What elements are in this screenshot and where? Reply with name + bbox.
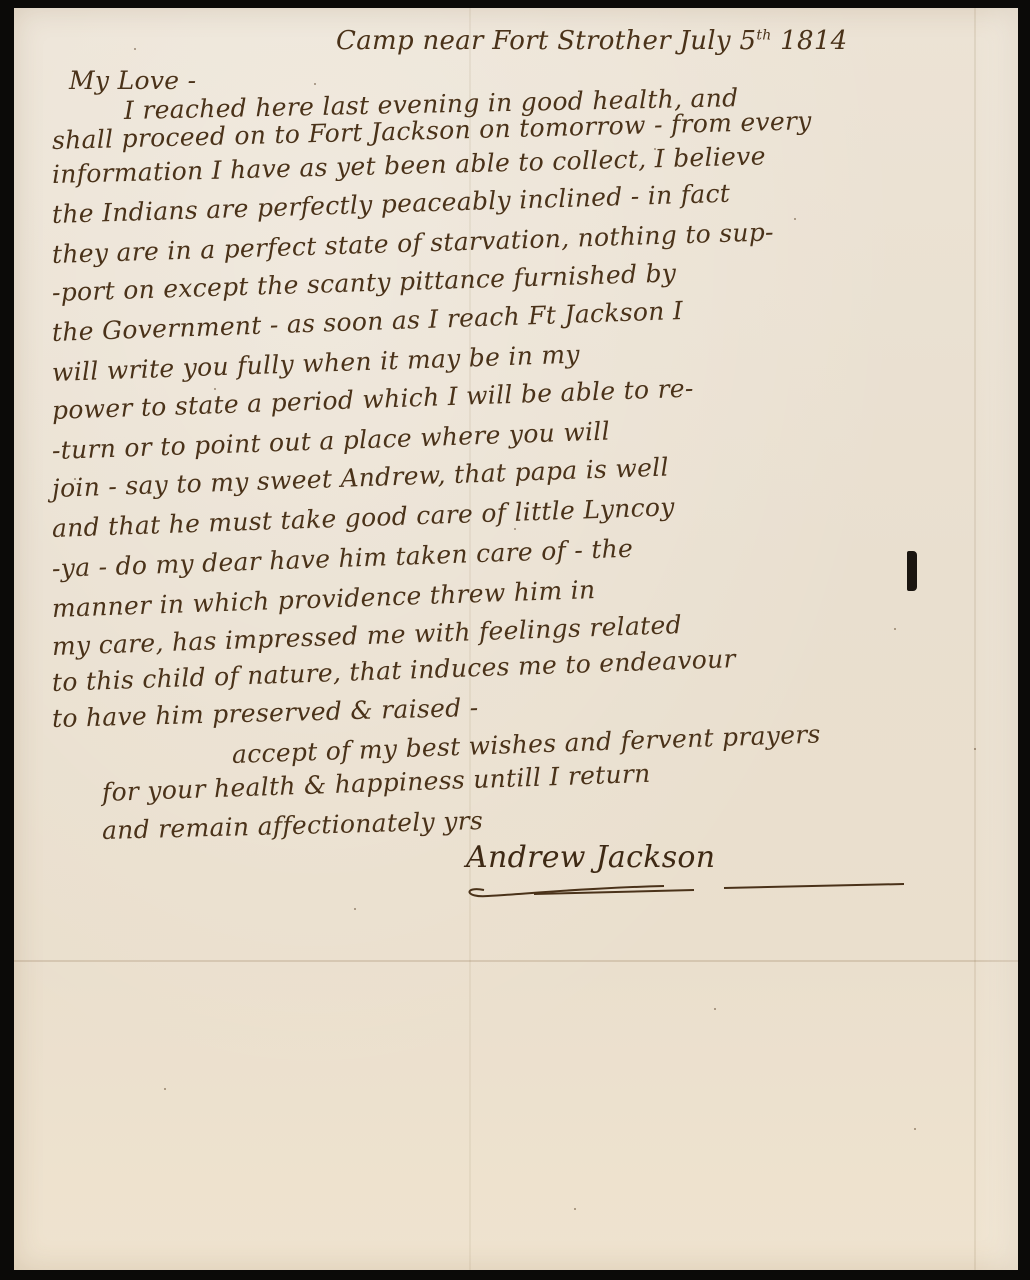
salutation: My Love - — [69, 66, 196, 95]
letter-line: for your health & happiness untill I ret… — [101, 759, 651, 807]
letter-line: and remain affectionately yrs — [102, 806, 484, 845]
dateline: Camp near Fort Strother July 5th 1814 — [336, 26, 848, 56]
dateline-date: July 5 — [680, 26, 757, 56]
signature: Andrew Jackson — [466, 840, 715, 875]
letter-paper: Camp near Fort Strother July 5th 1814 My… — [14, 8, 1018, 1270]
dateline-date-suffix: th — [756, 27, 771, 43]
letter-line: -ya - do my dear have him taken care of … — [51, 534, 633, 583]
signature-flourish-icon — [464, 876, 904, 900]
dateline-place: Camp near Fort Strother — [336, 26, 671, 56]
dateline-year: 1814 — [780, 26, 847, 56]
paper-edge-strip — [974, 8, 1018, 1270]
paper-fold-horizontal — [14, 960, 1018, 962]
letter-line: to have him preserved & raised - — [52, 693, 479, 733]
paper-tear — [907, 551, 917, 591]
letter-line: accept of my best wishes and fervent pra… — [231, 719, 821, 769]
